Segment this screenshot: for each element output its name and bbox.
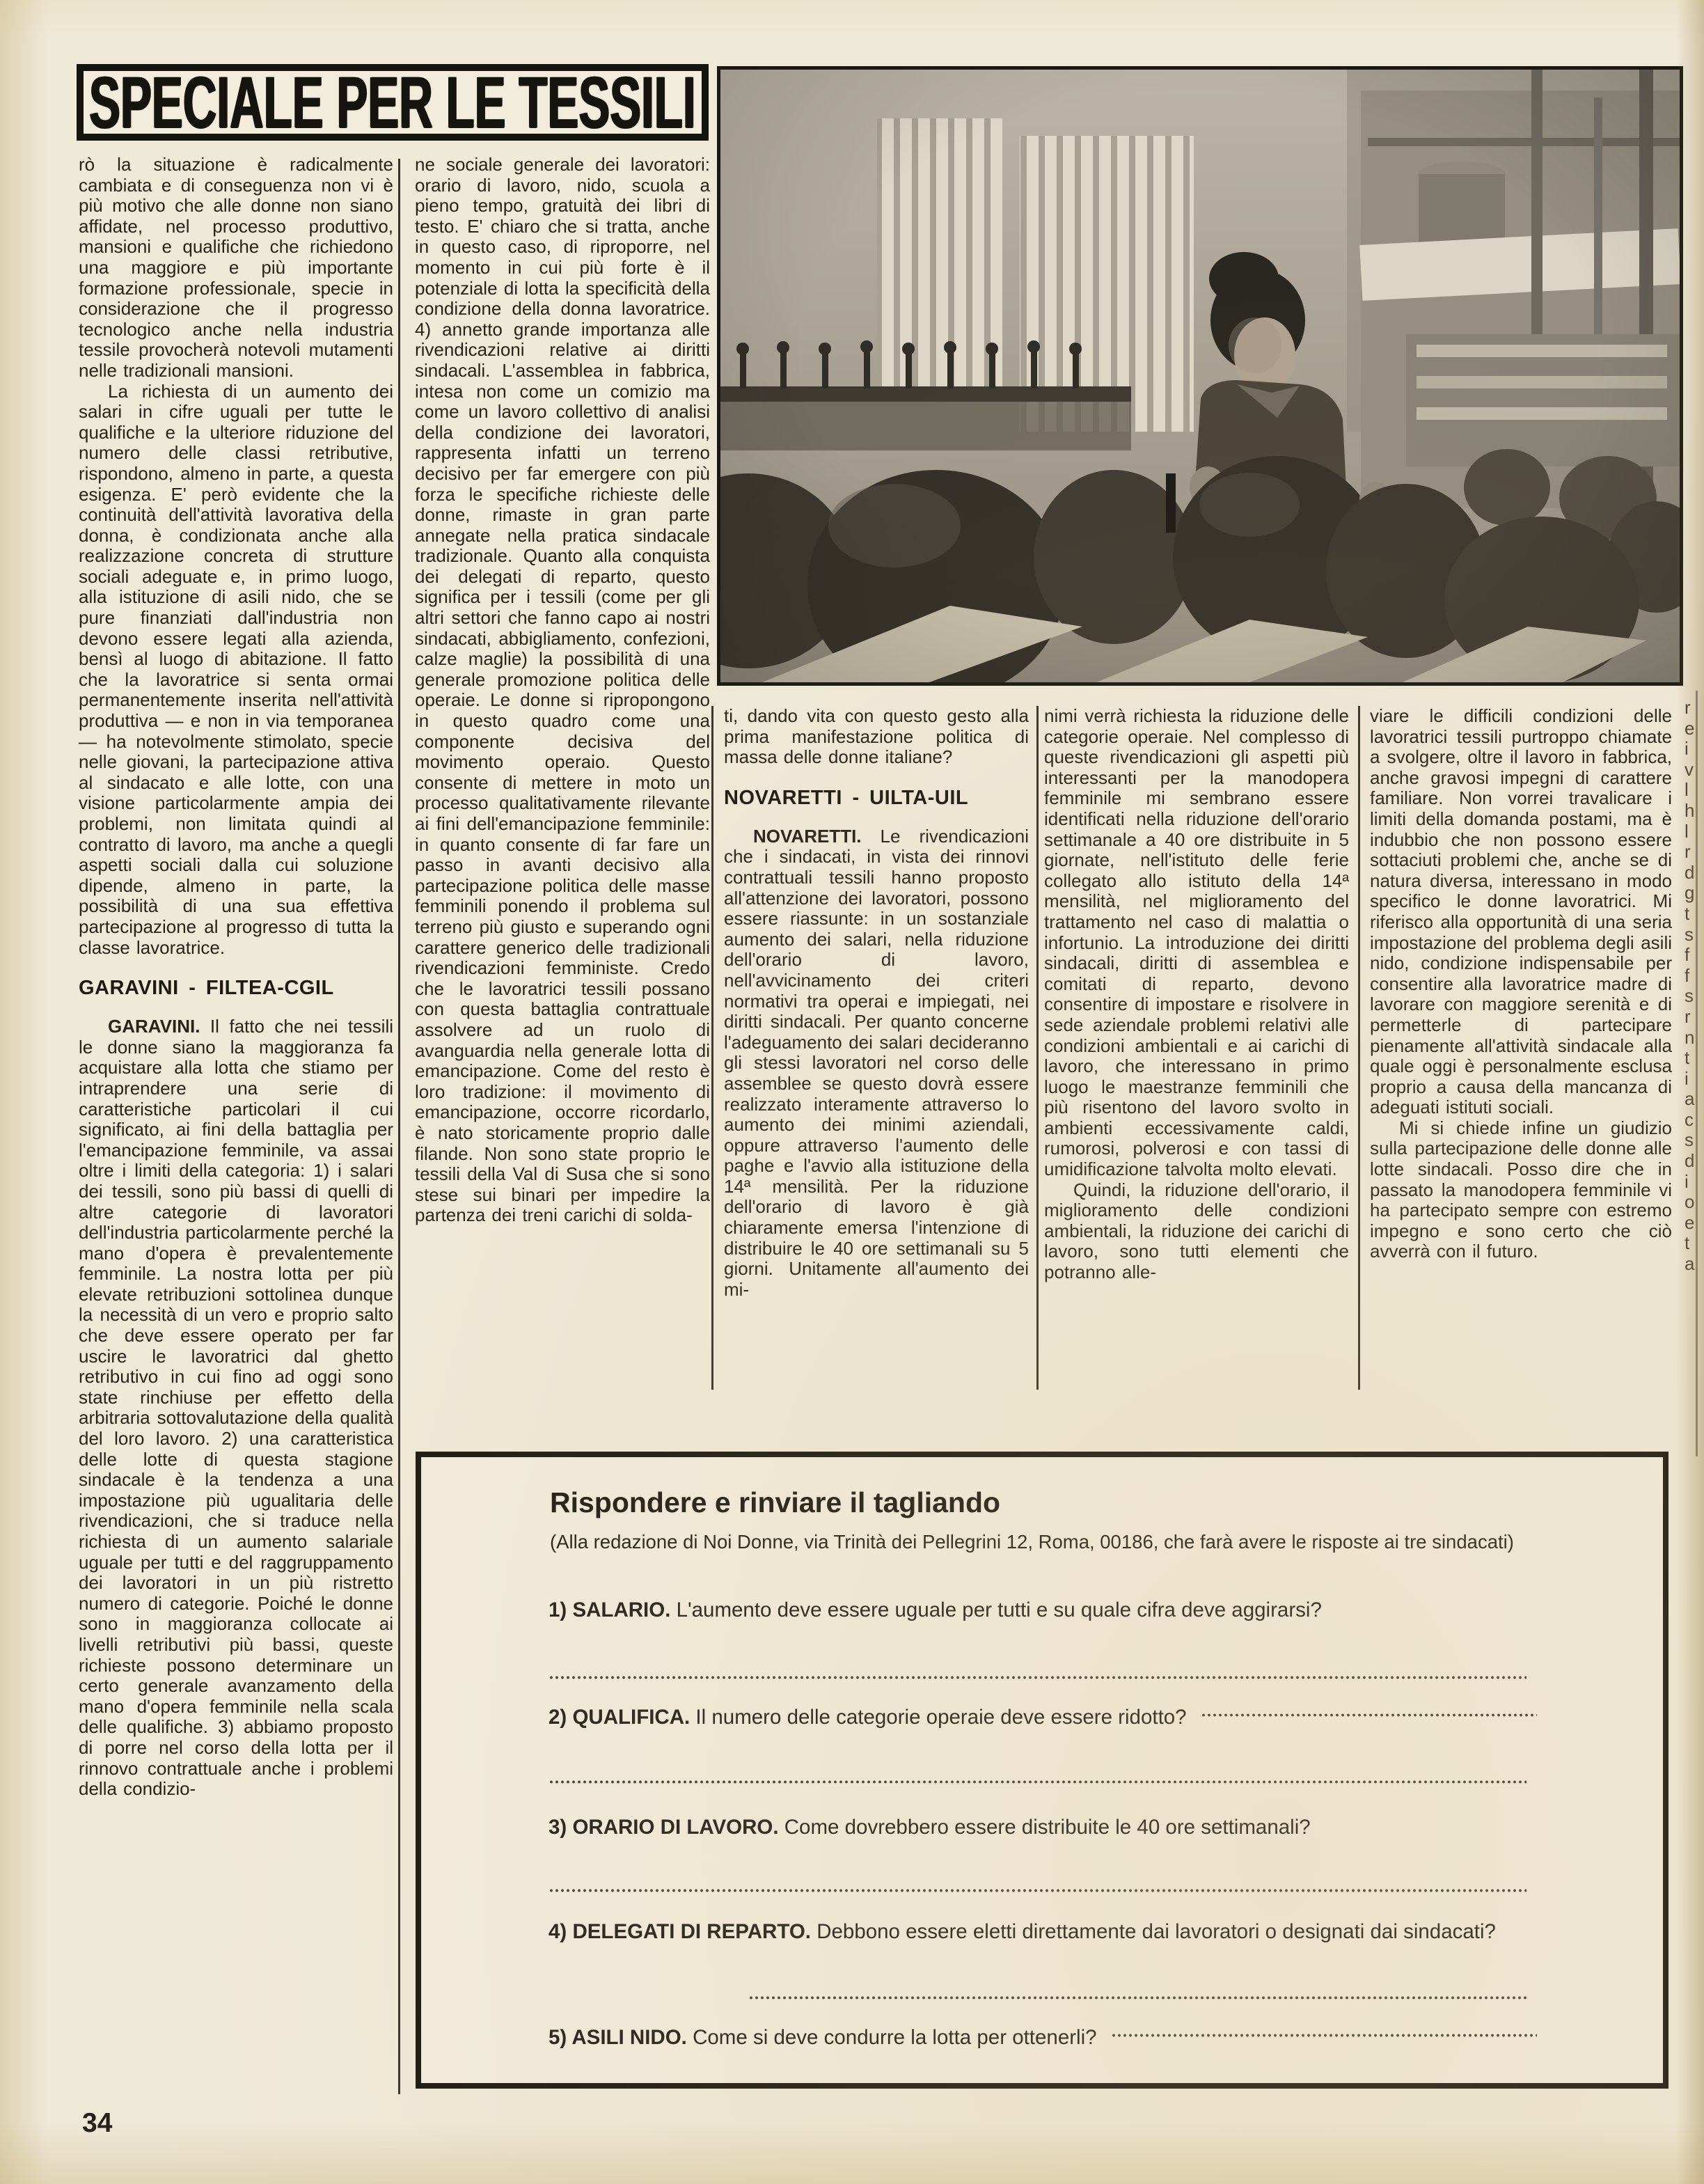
question-text: L'aumento deve essere uguale per tutti e… (670, 1598, 1321, 1621)
article-paragraph: Quindi, la riduzione dell'orario, il mig… (1044, 1180, 1349, 1283)
textile-factory-photo (717, 66, 1683, 686)
section-heading: NOVARETTI - UILTA-UIL (724, 786, 1029, 810)
question-number: 4) (549, 1920, 572, 1943)
coupon-question-1: 1) SALARIO. L'aumento deve essere uguale… (549, 1583, 1537, 1637)
article-column-1: rò la situazione è radicalmente cambiata… (79, 155, 393, 2107)
speaker-lead: NOVARETTI. (753, 826, 881, 847)
column-rule (398, 159, 400, 2094)
article-paragraph: Mi si chiede infine un giudizio sulla pa… (1370, 1118, 1672, 1262)
question-number: 3) (549, 1816, 572, 1839)
coupon-question-4: 4) DELEGATI DI REPARTO. Debbono essere e… (549, 1905, 1579, 1959)
article-column-3: ti, dando vita con questo gesto alla pri… (724, 706, 1029, 1402)
question-number: 5) (549, 2026, 571, 2049)
question-number: 1) (549, 1598, 572, 1621)
article-column-2: ne sociale generale dei lavoratori: orar… (415, 155, 710, 1401)
question-text: Debbono essere eletti direttamente dai l… (811, 1920, 1496, 1943)
article-column-5: viare le difficili condizioni delle lavo… (1370, 706, 1672, 1395)
question-text: Come dovrebbero essere distribuite le 40… (779, 1816, 1311, 1839)
question-label: QUALIFICA. (572, 1706, 690, 1729)
page-number: 34 (82, 2108, 112, 2139)
page-edge-text-fragments: r e i v l h l r d g t s f f s r n t i a … (1685, 698, 1703, 1310)
factory-photo-illustration (720, 70, 1680, 682)
column-rule (711, 706, 713, 1390)
speaker-lead: GARAVINI. (108, 1016, 210, 1037)
question-label: ORARIO DI LAVORO. (572, 1816, 778, 1839)
column-rule (1036, 706, 1039, 1390)
coupon-question-3: 3) ORARIO DI LAVORO. Come dovrebbero ess… (549, 1800, 1537, 1855)
article-paragraph: GARAVINI. Il fatto che nei tessili le do… (79, 1016, 393, 1800)
article-paragraph: NOVARETTI. Le rivendicazioni che i sinda… (724, 826, 1029, 1301)
article-paragraph: La richiesta di un aumento dei salari in… (79, 382, 393, 959)
question-text: Come si deve condurre la lotta per otten… (687, 2026, 1097, 2049)
masthead-title: SPECIALE PER LE TESSILI (89, 61, 696, 145)
magazine-page: SPECIALE PER LE TESSILI (0, 0, 1704, 2184)
answer-dotted-line (549, 1675, 1526, 1680)
article-paragraph: ti, dando vita con questo gesto alla pri… (724, 706, 1029, 768)
answer-dotted-line (1111, 2033, 1537, 2038)
article-paragraph: rò la situazione è radicalmente cambiata… (79, 155, 393, 382)
article-paragraph: ne sociale generale dei lavoratori: orar… (415, 155, 710, 1226)
coupon-question-5: 5) ASILI NIDO. Come si deve condurre la … (549, 2011, 1537, 2065)
answer-dotted-line (1201, 1713, 1537, 1718)
article-paragraph: viare le difficili condizioni delle lavo… (1370, 706, 1672, 1118)
question-number: 2) (549, 1706, 572, 1729)
answer-dotted-line (549, 1780, 1526, 1784)
question-label: ASILI NIDO. (571, 2026, 687, 2049)
coupon-box: Rispondere e rinviare il tagliando (Alla… (416, 1452, 1668, 2089)
coupon-question-2: 2) QUALIFICA. Il numero delle categorie … (549, 1690, 1537, 1745)
article-column-4: nimi verrà richiesta la riduzione delle … (1044, 706, 1349, 1402)
article-paragraph: nimi verrà richiesta la riduzione delle … (1044, 706, 1349, 1180)
question-label: SALARIO. (572, 1598, 670, 1621)
coupon-title: Rispondere e rinviare il tagliando (550, 1486, 1000, 1519)
column-rule (1358, 706, 1360, 1390)
answer-dotted-line (748, 1995, 1528, 2000)
coupon-subtitle: (Alla redazione di Noi Donne, via Trinit… (550, 1528, 1538, 1556)
question-text: Il numero delle categorie operaie deve e… (690, 1706, 1186, 1729)
answer-dotted-line (549, 1888, 1526, 1893)
masthead-box: SPECIALE PER LE TESSILI (77, 64, 709, 141)
section-heading: GARAVINI - FILTEA-CGIL (79, 976, 393, 1000)
question-label: DELEGATI DI REPARTO. (572, 1920, 811, 1943)
